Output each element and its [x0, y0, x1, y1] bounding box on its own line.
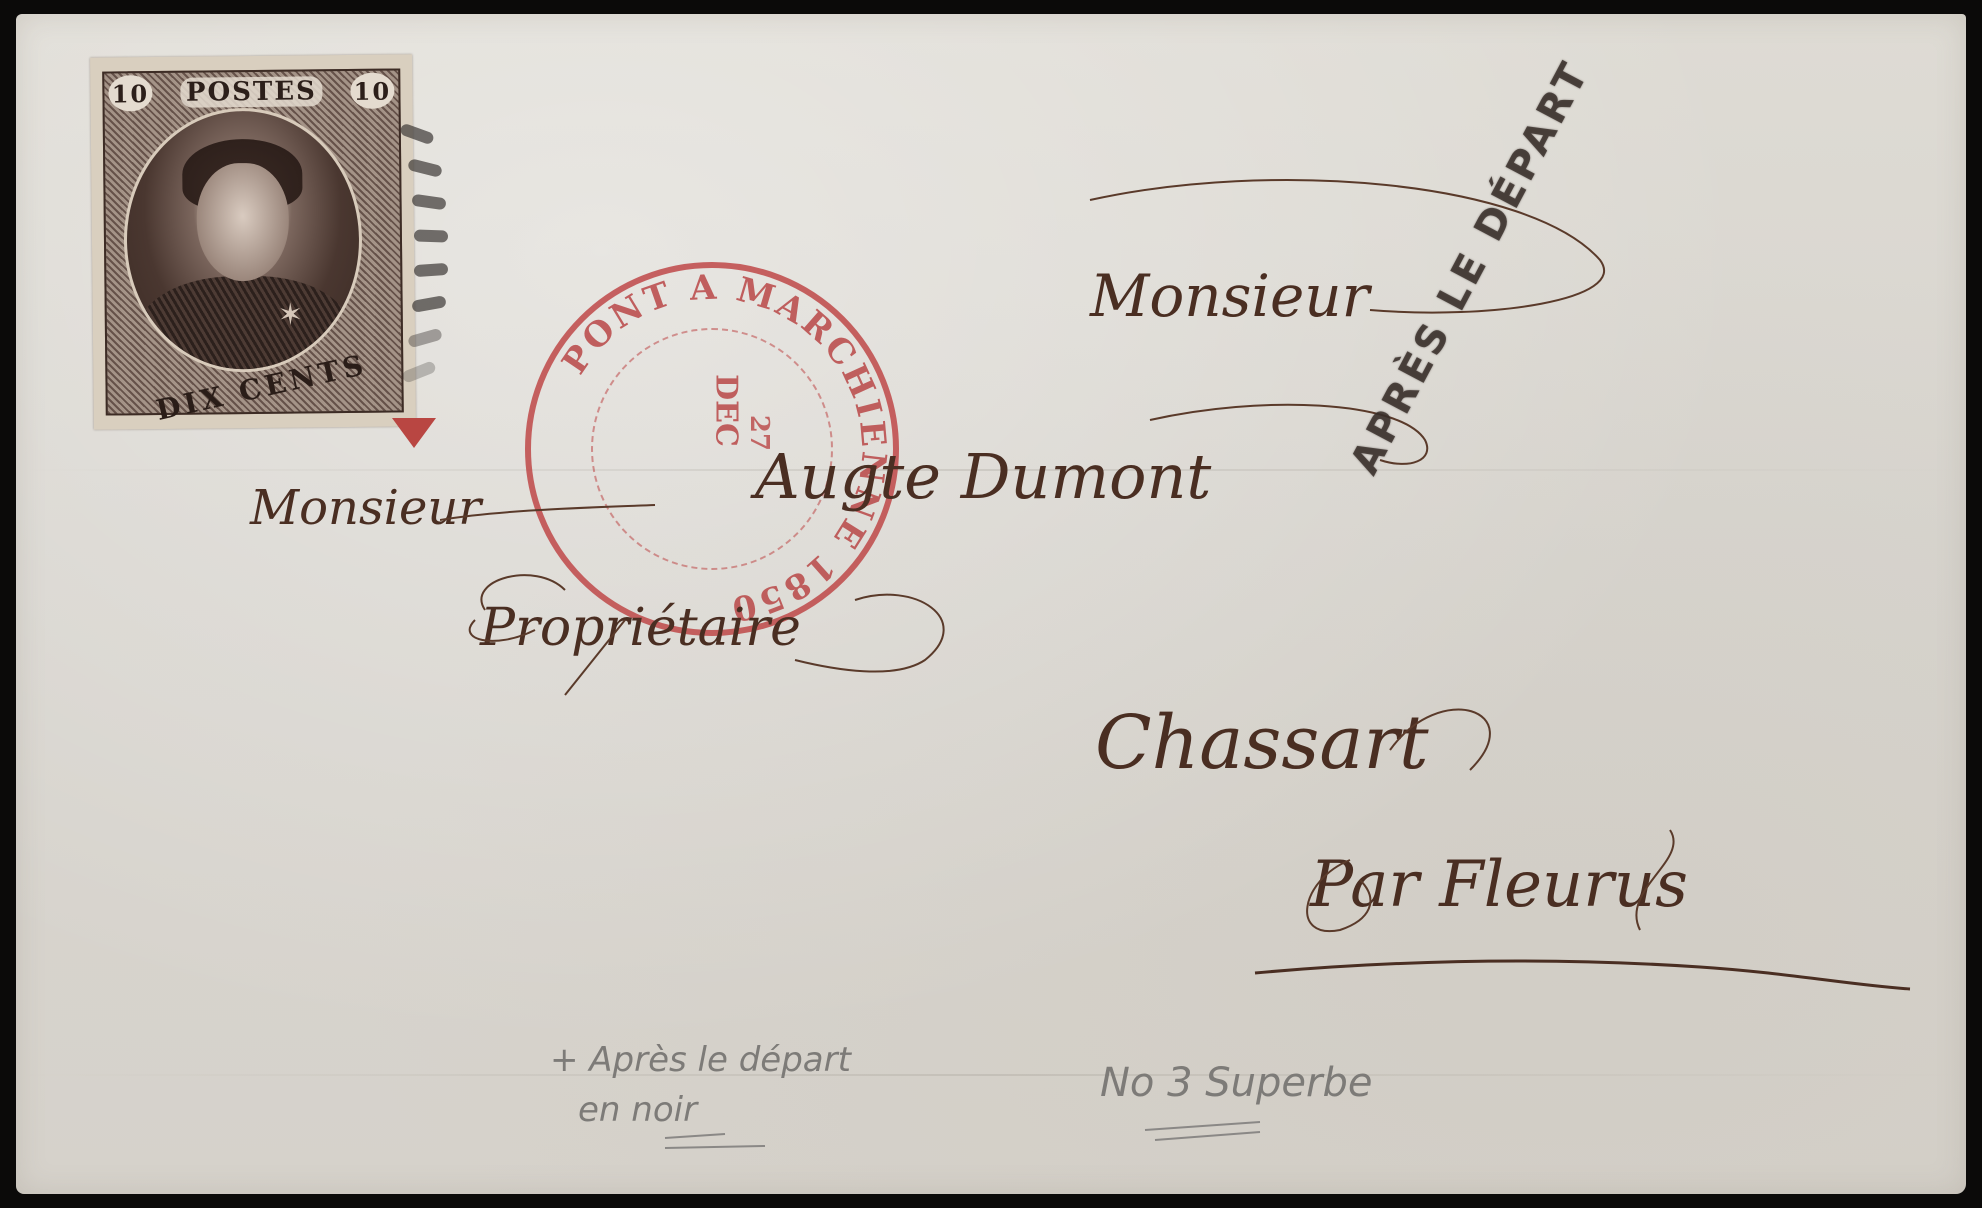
- stamp-portrait: ✶: [123, 107, 364, 373]
- flourish-icon: [455, 560, 975, 700]
- stamp-label-postes: POSTES: [180, 76, 323, 107]
- stamp-value-right: 10: [350, 73, 394, 109]
- pencil-note-line-1: + Après le départ: [550, 1040, 851, 1080]
- address-underline: [1250, 955, 1920, 1005]
- pencil-note-grade: No 3 Superbe: [1100, 1060, 1372, 1106]
- portrait-face: [196, 163, 289, 282]
- bars-cancel: [398, 128, 458, 408]
- star-icon: ✶: [278, 300, 303, 330]
- fold-line: [16, 1074, 1966, 1076]
- pencil-note-line-2: en noir: [578, 1090, 697, 1130]
- stamp-value-left: 10: [108, 75, 152, 111]
- address-salutation: Monsieur: [1090, 262, 1369, 330]
- pencil-underline: [1140, 1118, 1270, 1148]
- flourish-icon: [1380, 690, 1520, 810]
- postmark-month: DEC: [709, 371, 744, 451]
- stamp-header: 10 POSTES 10: [108, 73, 394, 112]
- pencil-underline: [660, 1130, 780, 1160]
- underline-flourish-icon: [440, 500, 660, 530]
- postage-stamp: ✶ 10 POSTES 10 DIX CENTS: [90, 54, 416, 429]
- address-town: Chassart: [1095, 700, 1429, 786]
- red-ink-mark: [392, 418, 436, 448]
